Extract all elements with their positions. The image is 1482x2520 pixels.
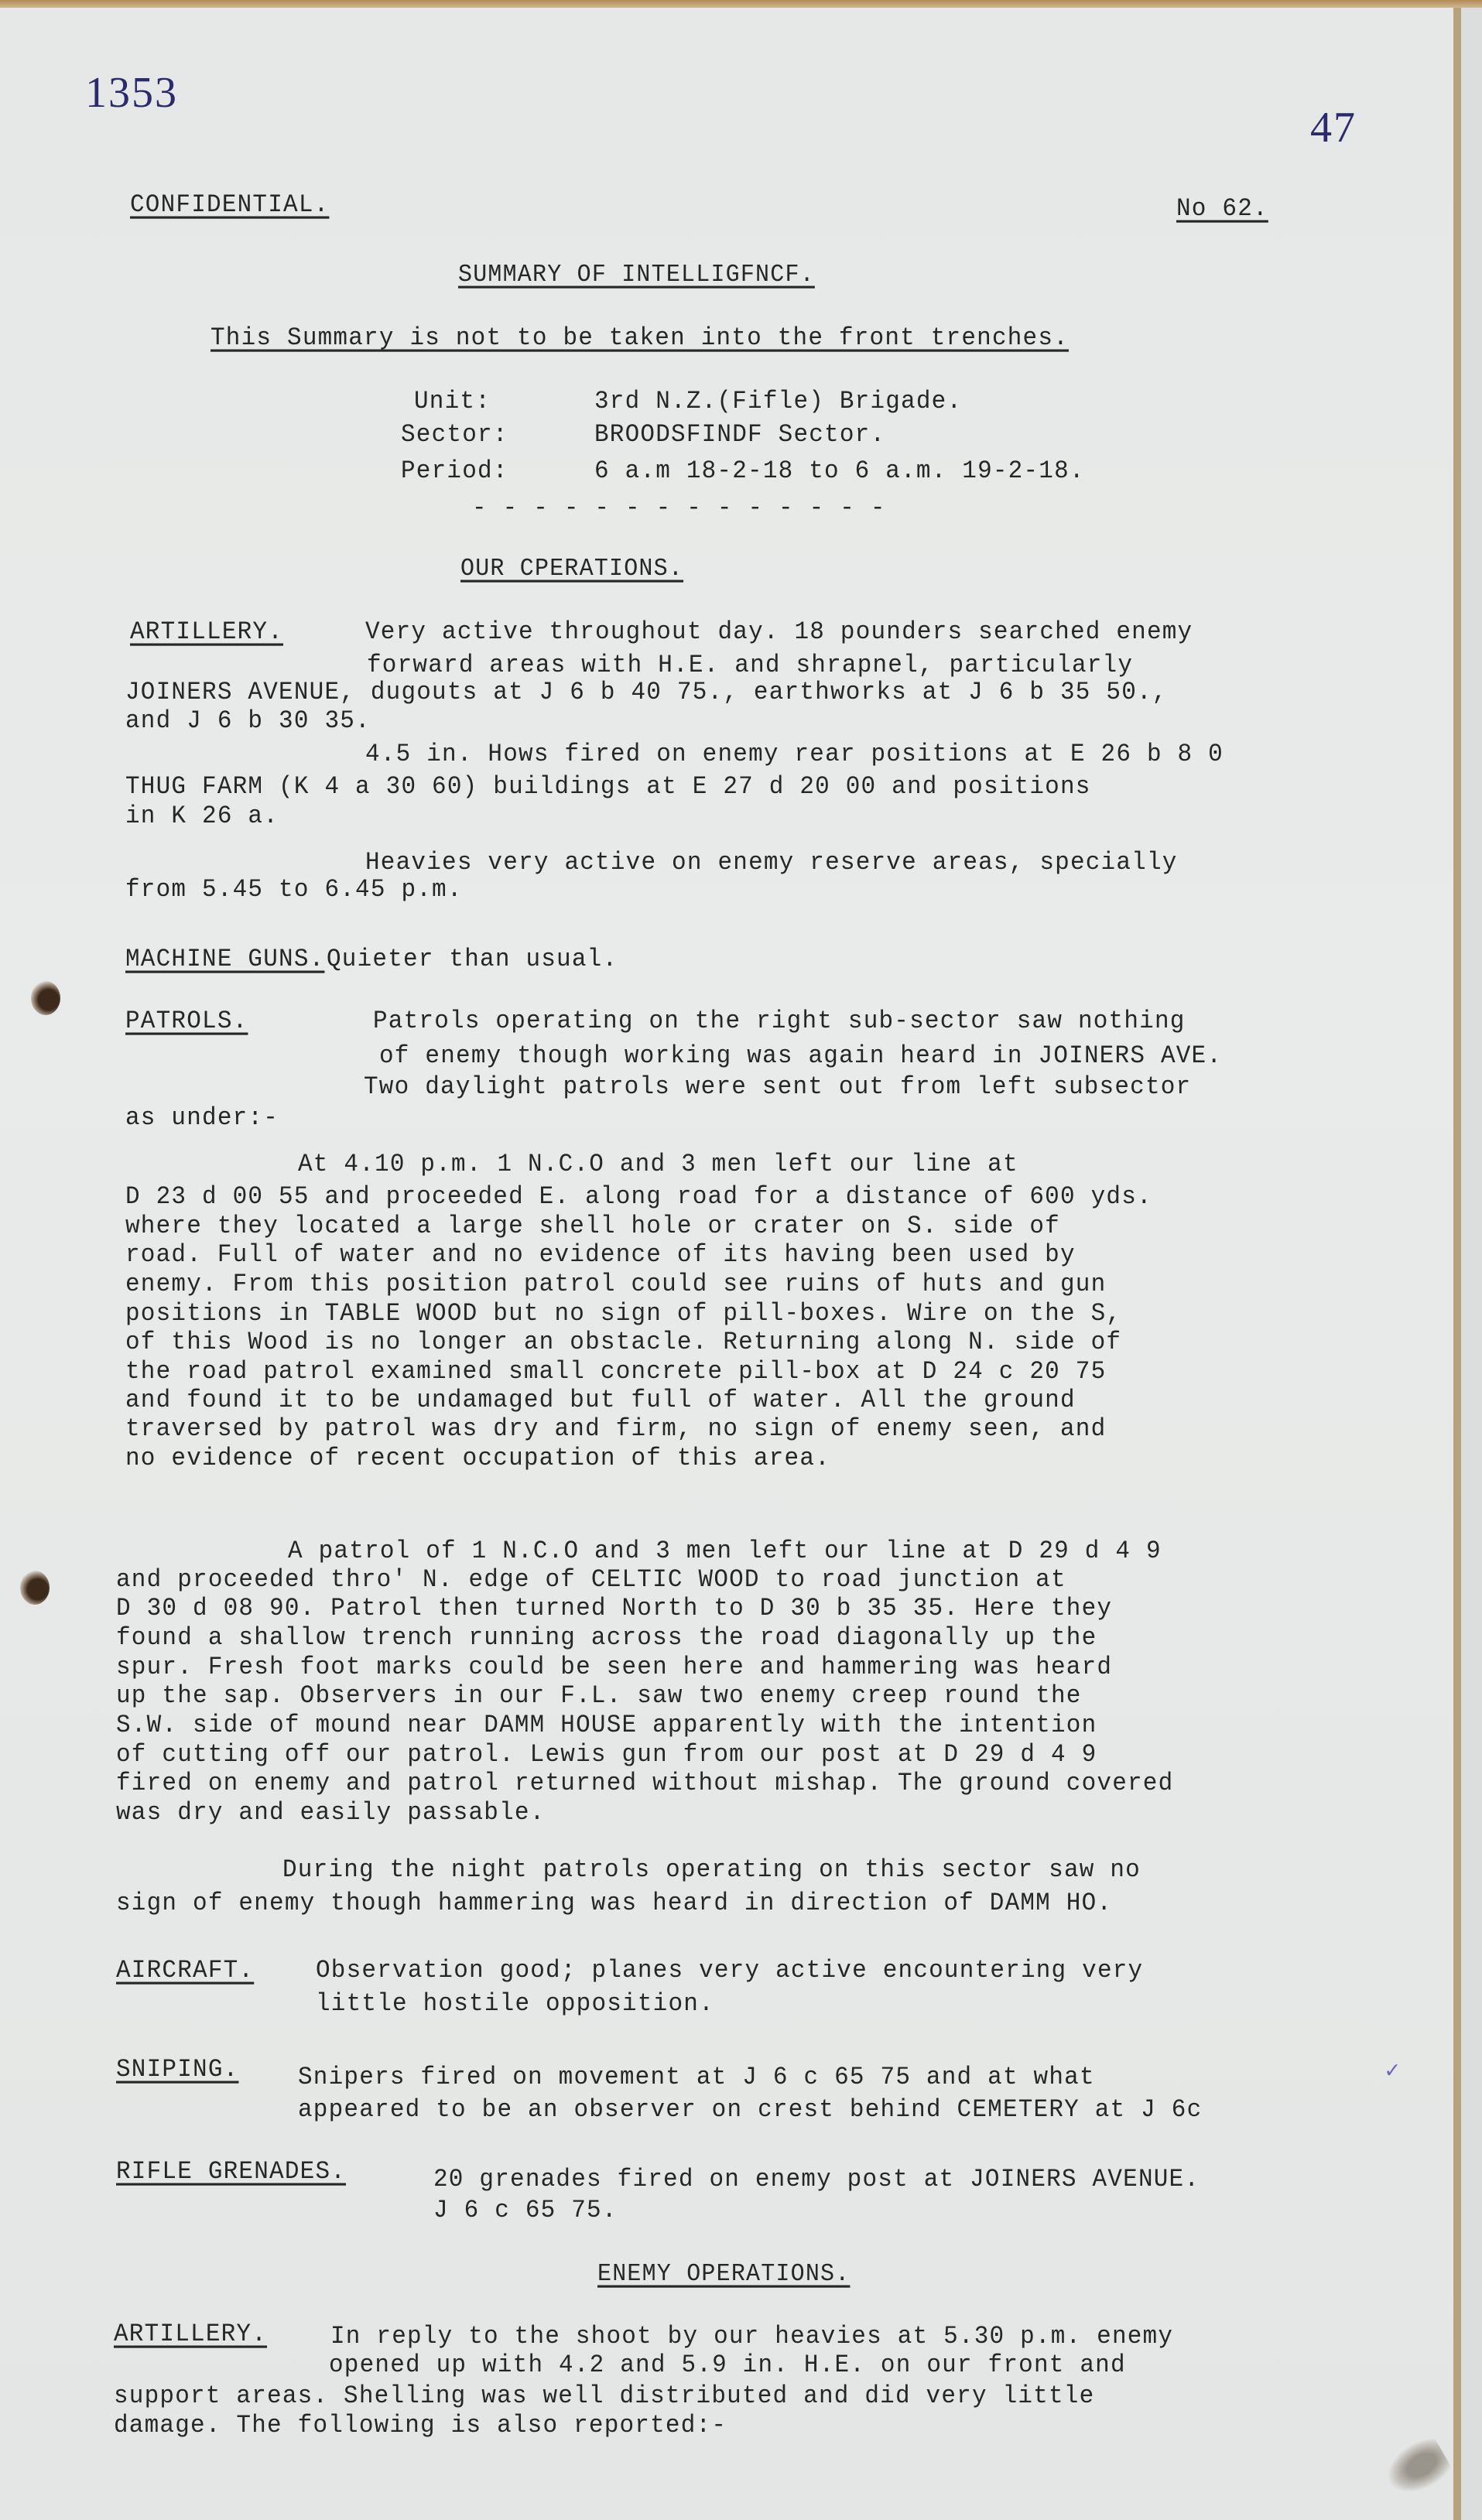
unit-value: 3rd N.Z.(Fifle) Brigade. <box>594 388 962 416</box>
patrols-line: spur. Fresh foot marks could be seen her… <box>116 1654 1112 1682</box>
artillery-line: 4.5 in. Hows fired on enemy rear positio… <box>365 741 1224 769</box>
enemy-artillery-line: In reply to the shoot by our heavies at … <box>330 2323 1173 2351</box>
patrols-line: and found it to be undamaged but full of… <box>125 1387 1076 1415</box>
folio-number-left: 1353 <box>85 68 178 118</box>
artillery-line: from 5.45 to 6.45 p.m. <box>125 877 463 904</box>
classification-label: CONFIDENTIAL. <box>130 192 329 220</box>
patrols-line: no evidence of recent occupation of this… <box>125 1445 830 1473</box>
patrols-line: positions in TABLE WOOD but no sign of p… <box>125 1301 1121 1328</box>
patrols-line: road. Full of water and no evidence of i… <box>125 1242 1076 1270</box>
patrols-line: found a shallow trench running across th… <box>116 1625 1097 1653</box>
distribution-notice: This Summary is not to be taken into the… <box>210 325 1069 353</box>
aircraft-line: Observation good; planes very active enc… <box>316 1958 1143 1985</box>
ink-mark: ✓ <box>1385 2057 1399 2085</box>
punch-hole-top <box>31 981 60 1015</box>
artillery-line: Heavies very active on enemy reserve are… <box>365 850 1178 877</box>
patrols-line: was dry and easily passable. <box>116 1800 546 1828</box>
rifle-grenades-line: 20 grenades fired on enemy post at JOINE… <box>433 2166 1200 2194</box>
patrols-line: A patrol of 1 N.C.O and 3 men left our l… <box>288 1538 1162 1566</box>
patrols-line: Two daylight patrols were sent out from … <box>364 1074 1191 1102</box>
artillery-label: ARTILLERY. <box>130 619 283 647</box>
patrols-line: At 4.10 p.m. 1 N.C.O and 3 men left our … <box>298 1151 1018 1179</box>
summary-number: No 62. <box>1176 196 1268 224</box>
patrols-line: S.W. side of mound near DAMM HOUSE appar… <box>116 1712 1097 1740</box>
divider: - - - - - - - - - - - - - - <box>472 495 886 523</box>
folio-number-right: 47 <box>1310 103 1357 152</box>
enemy-artillery-line: damage. The following is also reported:- <box>114 2412 727 2440</box>
machine-guns-text: Quieter than usual. <box>327 946 618 974</box>
enemy-artillery-label: ARTILLERY. <box>114 2321 267 2349</box>
punch-hole-bottom <box>20 1571 50 1605</box>
machine-guns-label: MACHINE GUNS. <box>125 946 324 974</box>
sniping-line: Snipers fired on movement at J 6 c 65 75… <box>298 2064 1095 2092</box>
patrols-line: of this Wood is no longer an obstacle. R… <box>125 1329 1121 1357</box>
artillery-line: in K 26 a. <box>125 803 279 831</box>
artillery-line: and J 6 b 30 35. <box>125 708 371 736</box>
patrols-line: fired on enemy and patrol returned witho… <box>116 1770 1173 1798</box>
patrols-line: up the sap. Observers in our F.L. saw tw… <box>116 1683 1082 1711</box>
aircraft-line: little hostile opposition. <box>316 1991 714 2019</box>
patrols-line: D 30 d 08 90. Patrol then turned North t… <box>116 1595 1112 1623</box>
artillery-line: forward areas with H.E. and shrapnel, pa… <box>367 652 1133 680</box>
period-label: Period: <box>401 458 508 486</box>
patrols-line: D 23 d 00 55 and proceeded E. along road… <box>125 1184 1152 1212</box>
patrols-line: enemy. From this position patrol could s… <box>125 1271 1106 1299</box>
patrols-label: PATROLS. <box>125 1008 248 1036</box>
sector-value: BROODSFINDF Sector. <box>594 422 885 450</box>
patrols-line: of enemy though working was again heard … <box>379 1043 1222 1071</box>
patrols-line: sign of enemy though hammering was heard… <box>116 1890 1112 1918</box>
rifle-grenades-label: RIFLE GRENADES. <box>116 2159 346 2187</box>
patrols-line: traversed by patrol was dry and firm, no… <box>125 1416 1106 1444</box>
patrols-line: the road patrol examined small concrete … <box>125 1359 1106 1387</box>
patrols-line: Patrols operating on the right sub-secto… <box>373 1008 1186 1036</box>
enemy-artillery-line: support areas. Shelling was well distrib… <box>114 2383 1094 2411</box>
underlying-page <box>1461 8 1482 2520</box>
enemy-artillery-line: opened up with 4.2 and 5.9 in. H.E. on o… <box>329 2352 1126 2380</box>
patrols-line: of cutting off our patrol. Lewis gun fro… <box>116 1742 1097 1769</box>
sniping-line: appeared to be an observer on crest behi… <box>298 2097 1202 2125</box>
artillery-line: JOINERS AVENUE, dugouts at J 6 b 40 75.,… <box>125 679 1168 707</box>
our-operations-heading: OUR CPERATIONS. <box>460 556 683 583</box>
aircraft-label: AIRCRAFT. <box>116 1958 254 1985</box>
document-title: SUMMARY OF INTELLIGFNCF. <box>458 262 815 289</box>
sector-label: Sector: <box>401 422 508 450</box>
artillery-line: Very active throughout day. 18 pounders … <box>365 619 1193 647</box>
patrols-line: where they located a large shell hole or… <box>125 1213 1060 1241</box>
period-value: 6 a.m 18-2-18 to 6 a.m. 19-2-18. <box>594 458 1085 486</box>
artillery-line: THUG FARM (K 4 a 30 60) buildings at E 2… <box>125 774 1091 802</box>
patrols-line: and proceeded thro' N. edge of CELTIC WO… <box>116 1567 1066 1595</box>
patrols-line: as under:- <box>125 1105 279 1133</box>
unit-label: Unit: <box>414 388 491 416</box>
page-edge-shadow <box>1453 8 1461 2520</box>
patrols-line: During the night patrols operating on th… <box>282 1857 1141 1885</box>
rifle-grenades-line: J 6 c 65 75. <box>433 2197 618 2225</box>
sniping-label: SNIPING. <box>116 2057 238 2084</box>
enemy-operations-heading: ENEMY OPERATIONS. <box>597 2261 850 2289</box>
